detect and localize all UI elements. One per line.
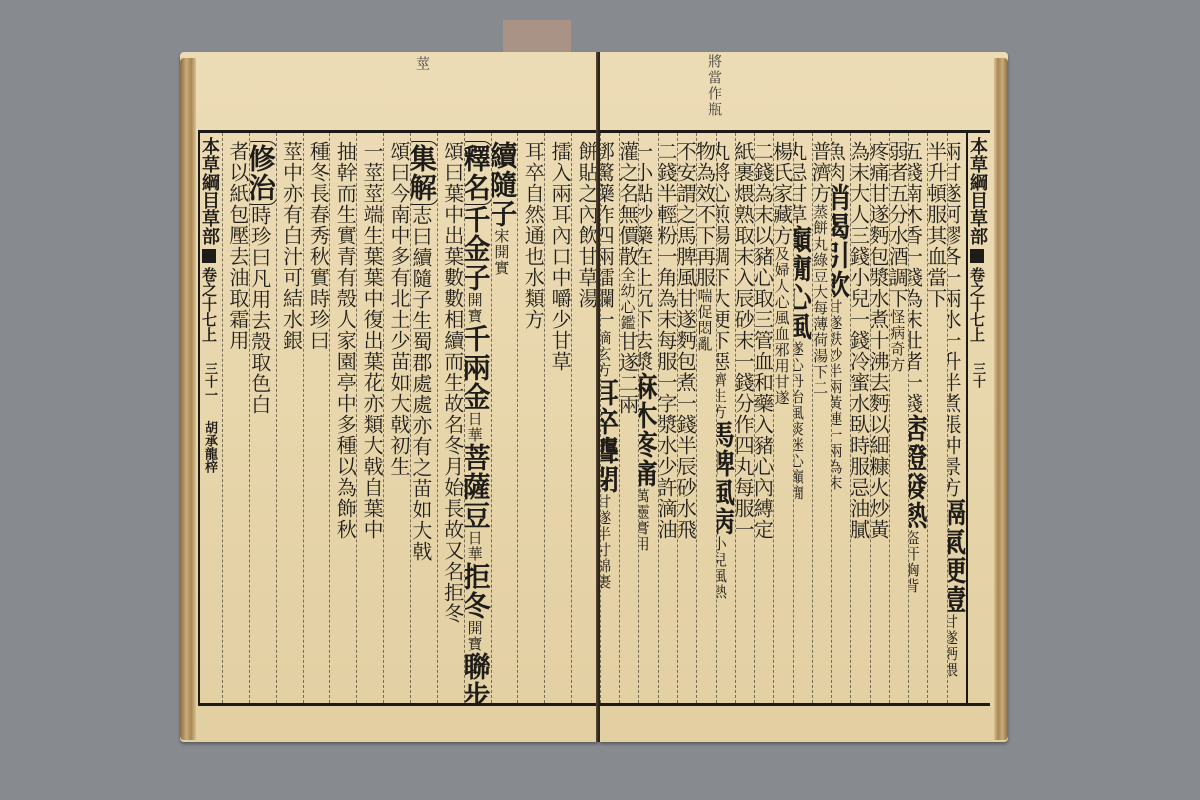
publisher-mark: 胡承龍梓	[202, 421, 217, 473]
banner-volume: 卷之十七上	[968, 267, 986, 342]
text-segment: 二錢為末以豬心取三管血和藥入豬心內縛定	[754, 141, 773, 540]
text-segment: 頌曰今南中多有北土少苗如大戟初生	[387, 141, 410, 477]
text-segment: 菩薩豆	[464, 443, 491, 530]
text-segment: 半升頓服其血當下	[927, 141, 946, 309]
right-text-column: 丸忌甘草癲癇心風遂心丹治風痰迷心癲癇	[793, 133, 812, 703]
text-segment: 千金子	[464, 205, 491, 292]
text-segment: 丸忌甘草	[793, 141, 808, 225]
text-segment: 者以紙包壓去油取霜用	[226, 141, 249, 351]
left-text-column: 莖中亦有白汁可結水銀	[276, 133, 303, 703]
right-text-column: 魚肉消渴引飲甘遂麩炒半兩黃連一兩為末	[831, 133, 850, 703]
right-text-column: 楊氏家藏方及婦人心風血邪用甘遂	[773, 133, 792, 703]
text-segment: 集解	[410, 141, 437, 205]
right-text-column: 二錢半輕粉一角為末每服一字漿水少許滴油	[658, 133, 677, 703]
text-segment: 抽幹而生實青有殼人家園亭中多種以為飾秋	[333, 141, 356, 540]
text-segment: 時珍曰凡用去殼取色白	[249, 205, 272, 415]
right-page: 將當作瓶 本草綱目草部卷之十七上三十兩甘遂阿膠各一兩水一升半煮張仲景方膈氣哽噎甘…	[600, 52, 1008, 742]
right-columns: 本草綱目草部卷之十七上三十兩甘遂阿膠各一兩水一升半煮張仲景方膈氣哽噎甘遂麪煨半升…	[600, 133, 990, 703]
left-top-margin-note: 莖	[412, 56, 432, 72]
text-segment: 甘遂麩炒半兩黃連一兩為末	[831, 299, 843, 491]
text-segment: 甘遂半寸綿裹	[600, 494, 612, 590]
left-text-column: 集解志曰續隨子生蜀郡處處亦有之苗如大戟	[410, 133, 437, 703]
text-segment: 日華	[466, 411, 484, 443]
right-text-column: 灌之名無價散全幼心鑑甘遂二兩	[619, 133, 638, 703]
text-segment: 二錢半輕粉一角為末每服一字漿水少許滴油	[658, 141, 677, 540]
text-segment: 釋名	[464, 141, 491, 205]
left-text-column: 續隨子宋開實	[491, 133, 518, 703]
left-text-column: 頌曰葉中出葉數數相續而生故名冬月始長故又名拒冬	[437, 133, 464, 703]
right-text-column: 五錢南木香一錢為末壯者一錢痞證發熱盜汗胸背	[908, 133, 927, 703]
left-continuation-column: 餅貼之內飲甘草湯	[571, 133, 598, 703]
text-segment: 甘遂麪煨	[947, 614, 959, 678]
text-segment: 張仲景方	[947, 414, 962, 498]
text-segment: 千兩金	[464, 324, 491, 411]
text-segment: 蒸餅丸綠豆大每薄荷湯下二	[812, 204, 829, 396]
banner-volume: 卷之十七上	[200, 267, 218, 342]
text-segment: 膈氣哽噎	[947, 498, 966, 614]
text-segment: 一莖莖端生葉葉中復出葉花亦類大戟自葉中	[360, 141, 383, 540]
right-text-column: 紙裹煨熟取末入辰砂末一錢分作四丸每服一	[735, 133, 754, 703]
text-segment: 日華	[466, 530, 484, 562]
right-text-frame: 本草綱目草部卷之十七上三十兩甘遂阿膠各一兩水一升半煮張仲景方膈氣哽噎甘遂麪煨半升…	[600, 130, 990, 706]
text-segment: 耳卒聾閉	[600, 378, 619, 494]
left-continuation-column: 耳卒自然通也水類方	[517, 133, 544, 703]
text-segment: 頌曰葉中出葉數數相續而生故名冬月始長故又名拒冬	[441, 141, 464, 624]
left-text-column: 修治時珍曰凡用去殼取色白	[249, 133, 276, 703]
text-segment: 濟生方	[716, 372, 728, 420]
right-top-margin-note: 將當作瓶	[704, 54, 724, 118]
right-text-column: 兩甘遂阿膠各一兩水一升半煮張仲景方膈氣哽噎甘遂麪煨	[947, 133, 966, 703]
text-segment: 耳卒自然通也	[521, 141, 544, 267]
text-segment: 丸將心煎湯調下大便下惡	[716, 141, 731, 372]
text-segment: 一小點抄藥在上沉下去漿	[638, 141, 653, 372]
banner-title: 本草綱目草部	[199, 137, 220, 245]
text-segment: 楊氏家藏方	[773, 141, 792, 246]
fish-tail-mark-icon	[202, 249, 216, 263]
right-fore-edge	[994, 58, 1008, 740]
text-segment: 兩甘遂阿膠各一兩水一升半煮	[947, 141, 962, 414]
text-segment: 志曰續隨子生蜀郡處處亦有之苗如大戟	[410, 205, 433, 562]
right-text-column: 物為效不下再服喘促悶亂	[696, 133, 715, 703]
text-segment: 為末大人三錢小兒一錢冷蜜水臥時服忌油膩	[850, 141, 869, 540]
text-segment: 拒冬	[464, 562, 491, 620]
text-segment: 馬脾風病	[716, 420, 735, 536]
left-columns: 餅貼之內飲甘草湯擂入兩耳內口中嚼少甘草耳卒自然通也水類方續隨子宋開實釋名千金子開…	[198, 133, 598, 703]
right-text-column: 弱者五分水酒調下怪病奇方	[889, 133, 908, 703]
right-text-column: 不安謂之馬脾風甘遂麪包煮一錢半辰砂水飛	[677, 133, 696, 703]
open-book: 莖 餅貼之內飲甘草湯擂入兩耳內口中嚼少甘草耳卒自然通也水類方續隨子宋開實釋名千金…	[180, 52, 1012, 746]
text-segment: 疼痛甘遂麪包漿水煮十沸去麪以細糠火炒黃	[870, 141, 889, 540]
left-text-column: 釋名千金子開寶千兩金日華菩薩豆日華拒冬開寶聯步	[464, 133, 491, 703]
text-segment: 修治	[249, 141, 276, 205]
text-segment: 隨子	[491, 170, 518, 228]
text-segment: 麻木疼痛	[638, 372, 657, 488]
text-segment: 喘促悶亂	[696, 288, 713, 352]
right-text-column: 一小點抄藥在上沉下去漿麻木疼痛萬靈膏用	[638, 133, 657, 703]
left-continuation-column: 擂入兩耳內口中嚼少甘草	[544, 133, 571, 703]
text-segment: 及婦人心風血邪用甘遂	[773, 246, 790, 406]
banner-title: 本草綱目草部	[967, 137, 988, 245]
text-segment: 紙裹煨熟取末入辰砂末一錢分作四丸每服一	[735, 141, 754, 540]
text-segment: 普濟方	[812, 141, 831, 204]
right-text-column: 為末大人三錢小兒一錢冷蜜水臥時服忌油膩	[850, 133, 869, 703]
text-segment: 萬靈膏用	[638, 488, 650, 552]
text-segment: 盜汗胸背	[908, 530, 920, 594]
text-segment: 消渴引飲	[831, 183, 850, 299]
folio-number: 三十一	[202, 362, 217, 401]
text-segment: 宋開	[492, 228, 510, 260]
text-segment: 餅貼之內飲甘草湯	[575, 141, 598, 309]
right-text-column: 普濟方蒸餅丸綠豆大每薄荷湯下二	[812, 133, 831, 703]
text-segment: 鄧驚藥作四兩擂爛一	[600, 141, 615, 330]
text-segment: 聯步	[464, 652, 491, 703]
text-segment: 灌之名無價散	[619, 141, 638, 267]
text-segment: 甘遂二兩	[619, 331, 638, 415]
right-center-banner: 本草綱目草部卷之十七上三十	[966, 133, 990, 703]
text-segment: 五錢南木香一錢為末壯者一錢	[908, 141, 923, 414]
right-text-column: 二錢為末以豬心取三管血和藥入豬心內縛定	[754, 133, 773, 703]
left-text-column: 種冬長春秀秋實時珍曰	[303, 133, 330, 703]
text-segment: 癲癇心風	[793, 225, 812, 341]
text-segment: 物為效不下再服	[696, 141, 715, 288]
text-segment: 摘玄方	[600, 330, 612, 378]
right-text-column: 鄧驚藥作四兩擂爛一摘玄方耳卒聾閉甘遂半寸綿裹	[600, 133, 619, 703]
left-fore-edge	[180, 58, 196, 740]
left-center-banner: 本草綱目草部卷之十七上三十一胡承龍梓	[198, 133, 222, 703]
text-segment: 擂入兩耳內口中嚼少甘草	[548, 141, 571, 372]
text-segment: 痞證發熱	[908, 414, 927, 530]
left-text-column: 抽幹而生實青有殼人家園亭中多種以為飾秋	[329, 133, 356, 703]
right-text-column: 疼痛甘遂麪包漿水煮十沸去麪以細糠火炒黃	[870, 133, 889, 703]
text-segment: 弱者五分水酒調下	[889, 141, 908, 309]
text-segment: 遂心丹治風痰迷心癲癇	[793, 341, 805, 501]
text-segment: 開寶	[466, 292, 484, 324]
text-segment: 水類方	[521, 267, 544, 330]
right-text-column: 丸將心煎湯調下大便下惡濟生方馬脾風病小兒風熱	[716, 133, 735, 703]
text-segment: 魚肉	[831, 141, 846, 183]
text-segment: 全幼心鑑	[619, 267, 636, 331]
left-text-column: 頌曰今南中多有北土少苗如大戟初生	[383, 133, 410, 703]
left-text-column: 一莖莖端生葉葉中復出葉花亦類大戟自葉中	[356, 133, 383, 703]
right-text-column: 半升頓服其血當下	[927, 133, 946, 703]
folio-number: 三十	[970, 362, 985, 388]
text-segment: 開寶	[466, 620, 484, 652]
left-text-frame: 餅貼之內飲甘草湯擂入兩耳內口中嚼少甘草耳卒自然通也水類方續隨子宋開實釋名千金子開…	[198, 130, 598, 706]
text-segment: 怪病奇方	[889, 309, 906, 373]
text-segment: 小兒風熱	[716, 536, 728, 600]
left-text-column: 者以紙包壓去油取霜用	[222, 133, 249, 703]
text-segment: 種冬長春秀秋實時珍曰	[306, 141, 329, 351]
fish-tail-mark-icon	[970, 249, 984, 263]
text-segment: 實	[492, 260, 510, 276]
left-page: 莖 餅貼之內飲甘草湯擂入兩耳內口中嚼少甘草耳卒自然通也水類方續隨子宋開實釋名千金…	[180, 52, 598, 742]
text-segment: 莖中亦有白汁可結水銀	[280, 141, 303, 351]
text-segment: 續	[491, 141, 518, 170]
text-segment: 不安謂之馬脾風甘遂麪包煮一錢半辰砂水飛	[677, 141, 696, 540]
